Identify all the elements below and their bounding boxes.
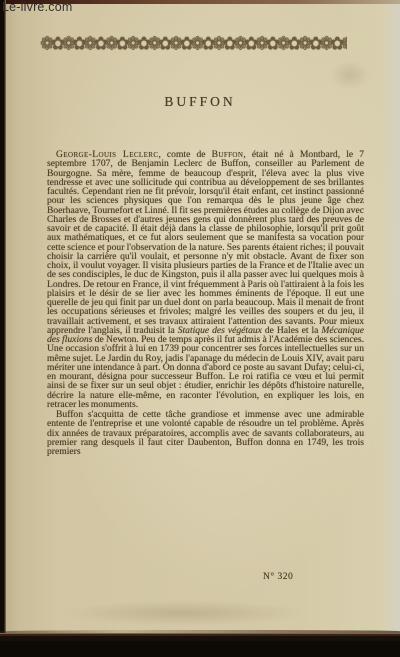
paragraph: George-Louis Leclerc, comte de Buffon, é… xyxy=(47,150,364,409)
text-run: , était né à Montbard, le 7 septembre 17… xyxy=(47,149,364,336)
text-run: de Newton. Peu de temps après il fut adm… xyxy=(47,334,364,410)
watermark-text: Le-livre.com xyxy=(2,0,72,14)
page-title: BUFFON xyxy=(0,94,400,110)
scan-bottom-edge xyxy=(0,633,400,657)
paper-stain xyxy=(60,600,310,626)
page-number: N° 320 xyxy=(263,572,293,582)
body-text-block: George-Louis Leclerc, comte de Buffon, é… xyxy=(47,150,364,456)
scanned-book-page: Le-livre.com ❁✿❁✿❁✿❁✿❁✿❁✿❁✿❁✿❁✿❁✿❁✿❁✿❁✿❁… xyxy=(0,0,400,657)
paper-stain xyxy=(330,60,370,90)
paragraph: Buffon s'acquitta de cette tâche grandio… xyxy=(47,410,364,456)
text-run: Buffon s'acquitta de cette tâche grandio… xyxy=(47,409,364,457)
floral-ornament-band: ❁✿❁✿❁✿❁✿❁✿❁✿❁✿❁✿❁✿❁✿❁✿❁✿❁✿❁✿❁✿ xyxy=(40,32,347,55)
